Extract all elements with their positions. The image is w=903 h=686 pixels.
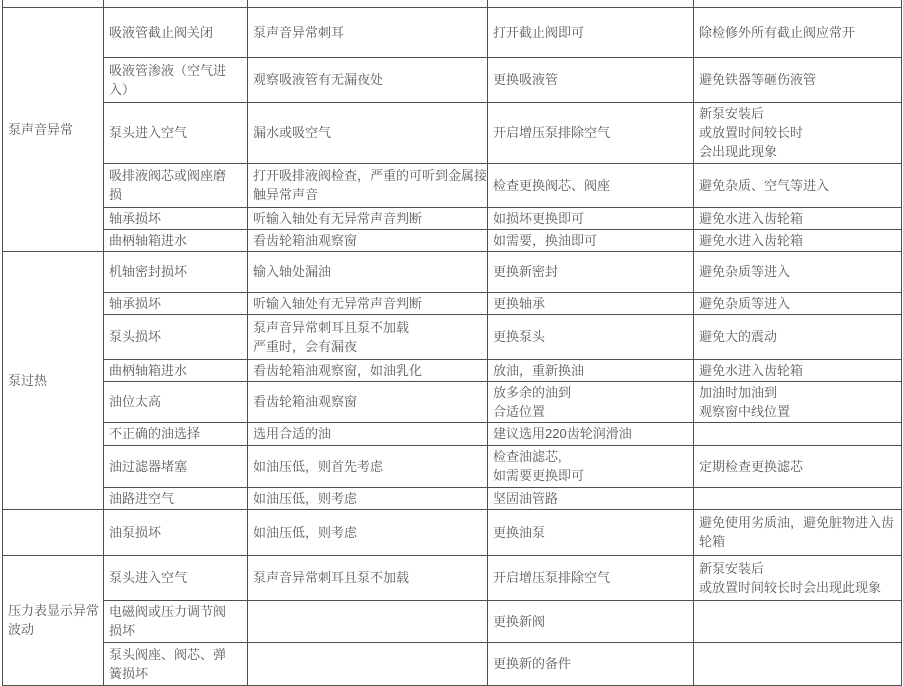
cause-cell: 电磁阀或压力调节阀损坏	[104, 600, 248, 642]
solution-cell: 更换轴承	[488, 292, 694, 314]
solution-cell: 检查更换阀芯、阀座	[488, 163, 694, 207]
table-row: 吸排液阀芯或阀座磨损打开吸排液阀检查，严重的可听到金属接触异常声音检查更换阀芯、…	[3, 163, 902, 207]
note-cell: 定期检查更换滤芯	[694, 445, 902, 487]
note-cell: 避免杂质等进入	[694, 292, 902, 314]
clipped-cell	[488, 0, 694, 7]
clipped-row	[3, 0, 902, 7]
note-cell: 避免杂质等进入	[694, 251, 902, 292]
symptom-cell: 看齿轮箱油观察窗	[248, 381, 488, 422]
symptom-cell: 听输入轴处有无异常声音判断	[248, 207, 488, 229]
cause-cell: 泵头进入空气	[104, 102, 248, 163]
symptom-cell: 泵声音异常刺耳	[248, 7, 488, 57]
symptom-cell: 泵声音异常刺耳且泵不加载	[248, 555, 488, 600]
table-row: 泵头阀座、阀芯、弹簧损坏更换新的备件	[3, 642, 902, 685]
cause-cell: 泵头阀座、阀芯、弹簧损坏	[104, 642, 248, 685]
symptom-cell: 如油压低，则首先考虑	[248, 445, 488, 487]
solution-cell: 放多余的油到 合适位置	[488, 381, 694, 422]
note-cell	[694, 600, 902, 642]
category-cell: 泵过热	[3, 251, 104, 509]
category-cell: 泵声音异常	[3, 7, 104, 251]
note-cell: 避免水进入齿轮箱	[694, 359, 902, 381]
note-cell	[694, 422, 902, 445]
note-cell: 新泵安装后 或放置时间较长时 会出现此现象	[694, 102, 902, 163]
symptom-cell: 如油压低，则考虑	[248, 509, 488, 555]
cause-cell: 曲柄轴箱进水	[104, 359, 248, 381]
cause-cell: 吸排液阀芯或阀座磨损	[104, 163, 248, 207]
cause-cell: 油路进空气	[104, 487, 248, 509]
solution-cell: 建议选用220齿轮润滑油	[488, 422, 694, 445]
symptom-cell: 看齿轮箱油观察窗	[248, 229, 488, 251]
solution-cell: 开启增压泵排除空气	[488, 102, 694, 163]
cause-cell: 轴承损坏	[104, 207, 248, 229]
solution-cell: 更换吸液管	[488, 57, 694, 102]
cause-cell: 轴承损坏	[104, 292, 248, 314]
cause-cell: 油泵损坏	[104, 509, 248, 555]
solution-cell: 如需要，换油即可	[488, 229, 694, 251]
symptom-cell	[248, 642, 488, 685]
symptom-cell: 观察吸液管有无漏夜处	[248, 57, 488, 102]
note-cell: 加油时加油到 观察窗中线位置	[694, 381, 902, 422]
table-row: 轴承损坏听输入轴处有无异常声音判断如损坏更换即可避免水进入齿轮箱	[3, 207, 902, 229]
clipped-cell	[104, 0, 248, 7]
table-row: 轴承损坏听输入轴处有无异常声音判断更换轴承避免杂质等进入	[3, 292, 902, 314]
table-row: 不正确的油选择选用合适的油建议选用220齿轮润滑油	[3, 422, 902, 445]
solution-cell: 更换新阀	[488, 600, 694, 642]
table-row: 电磁阀或压力调节阀损坏更换新阀	[3, 600, 902, 642]
note-cell: 新泵安装后 或放置时间较长时会出现此现象	[694, 555, 902, 600]
table-row: 油泵损坏如油压低，则考虑更换油泵避免使用劣质油，避免脏物进入齿轮箱	[3, 509, 902, 555]
table-row: 泵头进入空气漏水或吸空气开启增压泵排除空气新泵安装后 或放置时间较长时 会出现此…	[3, 102, 902, 163]
table-row: 吸液管渗液（空气进入）观察吸液管有无漏夜处更换吸液管避免铁器等砸伤液管	[3, 57, 902, 102]
solution-cell: 开启增压泵排除空气	[488, 555, 694, 600]
solution-cell: 更换油泵	[488, 509, 694, 555]
symptom-cell: 如油压低，则考虑	[248, 487, 488, 509]
note-cell	[694, 642, 902, 685]
symptom-cell: 选用合适的油	[248, 422, 488, 445]
solution-cell: 坚固油管路	[488, 487, 694, 509]
solution-cell: 更换泵头	[488, 314, 694, 359]
table-body: 泵声音异常吸液管截止阀关闭泵声音异常刺耳打开截止阀即可除检修外所有截止阀应常开吸…	[3, 0, 902, 685]
table-row: 油过滤器堵塞如油压低，则首先考虑检查油滤芯, 如需要更换即可定期检查更换滤芯	[3, 445, 902, 487]
table-row: 泵头损坏泵声音异常刺耳且泵不加载 严重时，会有漏夜更换泵头避免大的震动	[3, 314, 902, 359]
table-row: 泵过热机轴密封损坏输入轴处漏油更换新密封避免杂质等进入	[3, 251, 902, 292]
symptom-cell: 泵声音异常刺耳且泵不加载 严重时，会有漏夜	[248, 314, 488, 359]
table-row: 泵声音异常吸液管截止阀关闭泵声音异常刺耳打开截止阀即可除检修外所有截止阀应常开	[3, 7, 902, 57]
table-row: 油位太高看齿轮箱油观察窗放多余的油到 合适位置加油时加油到 观察窗中线位置	[3, 381, 902, 422]
symptom-cell: 看齿轮箱油观察窗，如油乳化	[248, 359, 488, 381]
table-row: 曲柄轴箱进水看齿轮箱油观察窗，如油乳化放油，重新换油避免水进入齿轮箱	[3, 359, 902, 381]
solution-cell: 更换新密封	[488, 251, 694, 292]
clipped-cell	[248, 0, 488, 7]
note-cell: 避免水进入齿轮箱	[694, 229, 902, 251]
note-cell: 避免使用劣质油，避免脏物进入齿轮箱	[694, 509, 902, 555]
cause-cell: 曲柄轴箱进水	[104, 229, 248, 251]
solution-cell: 更换新的备件	[488, 642, 694, 685]
note-cell: 避免水进入齿轮箱	[694, 207, 902, 229]
clipped-cell	[694, 0, 902, 7]
symptom-cell: 打开吸排液阀检查，严重的可听到金属接触异常声音	[248, 163, 488, 207]
note-cell	[694, 487, 902, 509]
pump-troubleshooting-table: 泵声音异常吸液管截止阀关闭泵声音异常刺耳打开截止阀即可除检修外所有截止阀应常开吸…	[2, 0, 902, 686]
cause-cell: 不正确的油选择	[104, 422, 248, 445]
note-cell: 避免大的震动	[694, 314, 902, 359]
category-cell: 压力表显示异常波动	[3, 555, 104, 685]
note-cell: 避免杂质、空气等进入	[694, 163, 902, 207]
cause-cell: 泵头损坏	[104, 314, 248, 359]
cause-cell: 吸液管渗液（空气进入）	[104, 57, 248, 102]
table-row: 油路进空气如油压低，则考虑坚固油管路	[3, 487, 902, 509]
symptom-cell: 听输入轴处有无异常声音判断	[248, 292, 488, 314]
solution-cell: 放油，重新换油	[488, 359, 694, 381]
note-cell: 除检修外所有截止阀应常开	[694, 7, 902, 57]
cause-cell: 吸液管截止阀关闭	[104, 7, 248, 57]
solution-cell: 检查油滤芯, 如需要更换即可	[488, 445, 694, 487]
table-row: 压力表显示异常波动泵头进入空气泵声音异常刺耳且泵不加载开启增压泵排除空气新泵安装…	[3, 555, 902, 600]
solution-cell: 如损坏更换即可	[488, 207, 694, 229]
note-cell: 避免铁器等砸伤液管	[694, 57, 902, 102]
cause-cell: 机轴密封损坏	[104, 251, 248, 292]
symptom-cell: 漏水或吸空气	[248, 102, 488, 163]
cause-cell: 油位太高	[104, 381, 248, 422]
cause-cell: 油过滤器堵塞	[104, 445, 248, 487]
pump-troubleshooting-page: 泵声音异常吸液管截止阀关闭泵声音异常刺耳打开截止阀即可除检修外所有截止阀应常开吸…	[0, 0, 903, 686]
table-row: 曲柄轴箱进水看齿轮箱油观察窗如需要，换油即可避免水进入齿轮箱	[3, 229, 902, 251]
solution-cell: 打开截止阀即可	[488, 7, 694, 57]
category-cell	[3, 509, 104, 555]
symptom-cell: 输入轴处漏油	[248, 251, 488, 292]
cause-cell: 泵头进入空气	[104, 555, 248, 600]
symptom-cell	[248, 600, 488, 642]
clipped-cell	[3, 0, 104, 7]
